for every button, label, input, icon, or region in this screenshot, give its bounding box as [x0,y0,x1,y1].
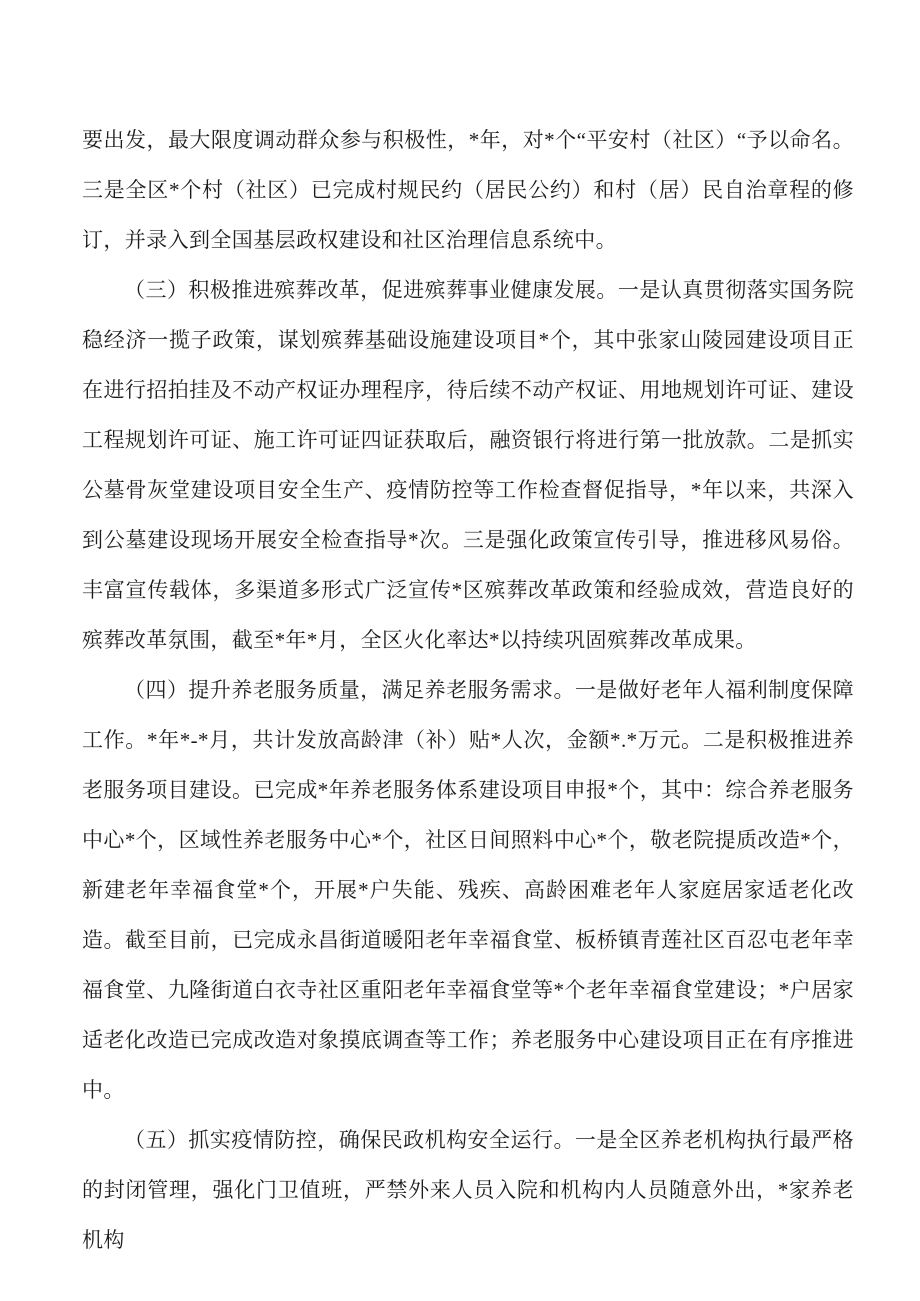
paragraph-continuation: 要出发，最大限度调动群众参与积极性，*年，对*个“平安村（社区）“予以命名。三是… [82,115,854,265]
document-page: 要出发，最大限度调动群众参与积极性，*年，对*个“平安村（社区）“予以命名。三是… [0,0,920,1301]
document-body: 要出发，最大限度调动群众参与积极性，*年，对*个“平安村（社区）“予以命名。三是… [82,115,854,1265]
paragraph-section-5-epidemic-prevention: （五）抓实疫情防控，确保民政机构安全运行。一是全区养老机构执行最严格的封闭管理，… [82,1115,854,1265]
paragraph-section-4-elderly-care: （四）提升养老服务质量，满足养老服务需求。一是做好老年人福利制度保障工作。*年*… [82,665,854,1115]
paragraph-section-3-funeral-reform: （三）积极推进殡葬改革，促进殡葬事业健康发展。一是认真贯彻落实国务院稳经济一揽子… [82,265,854,665]
